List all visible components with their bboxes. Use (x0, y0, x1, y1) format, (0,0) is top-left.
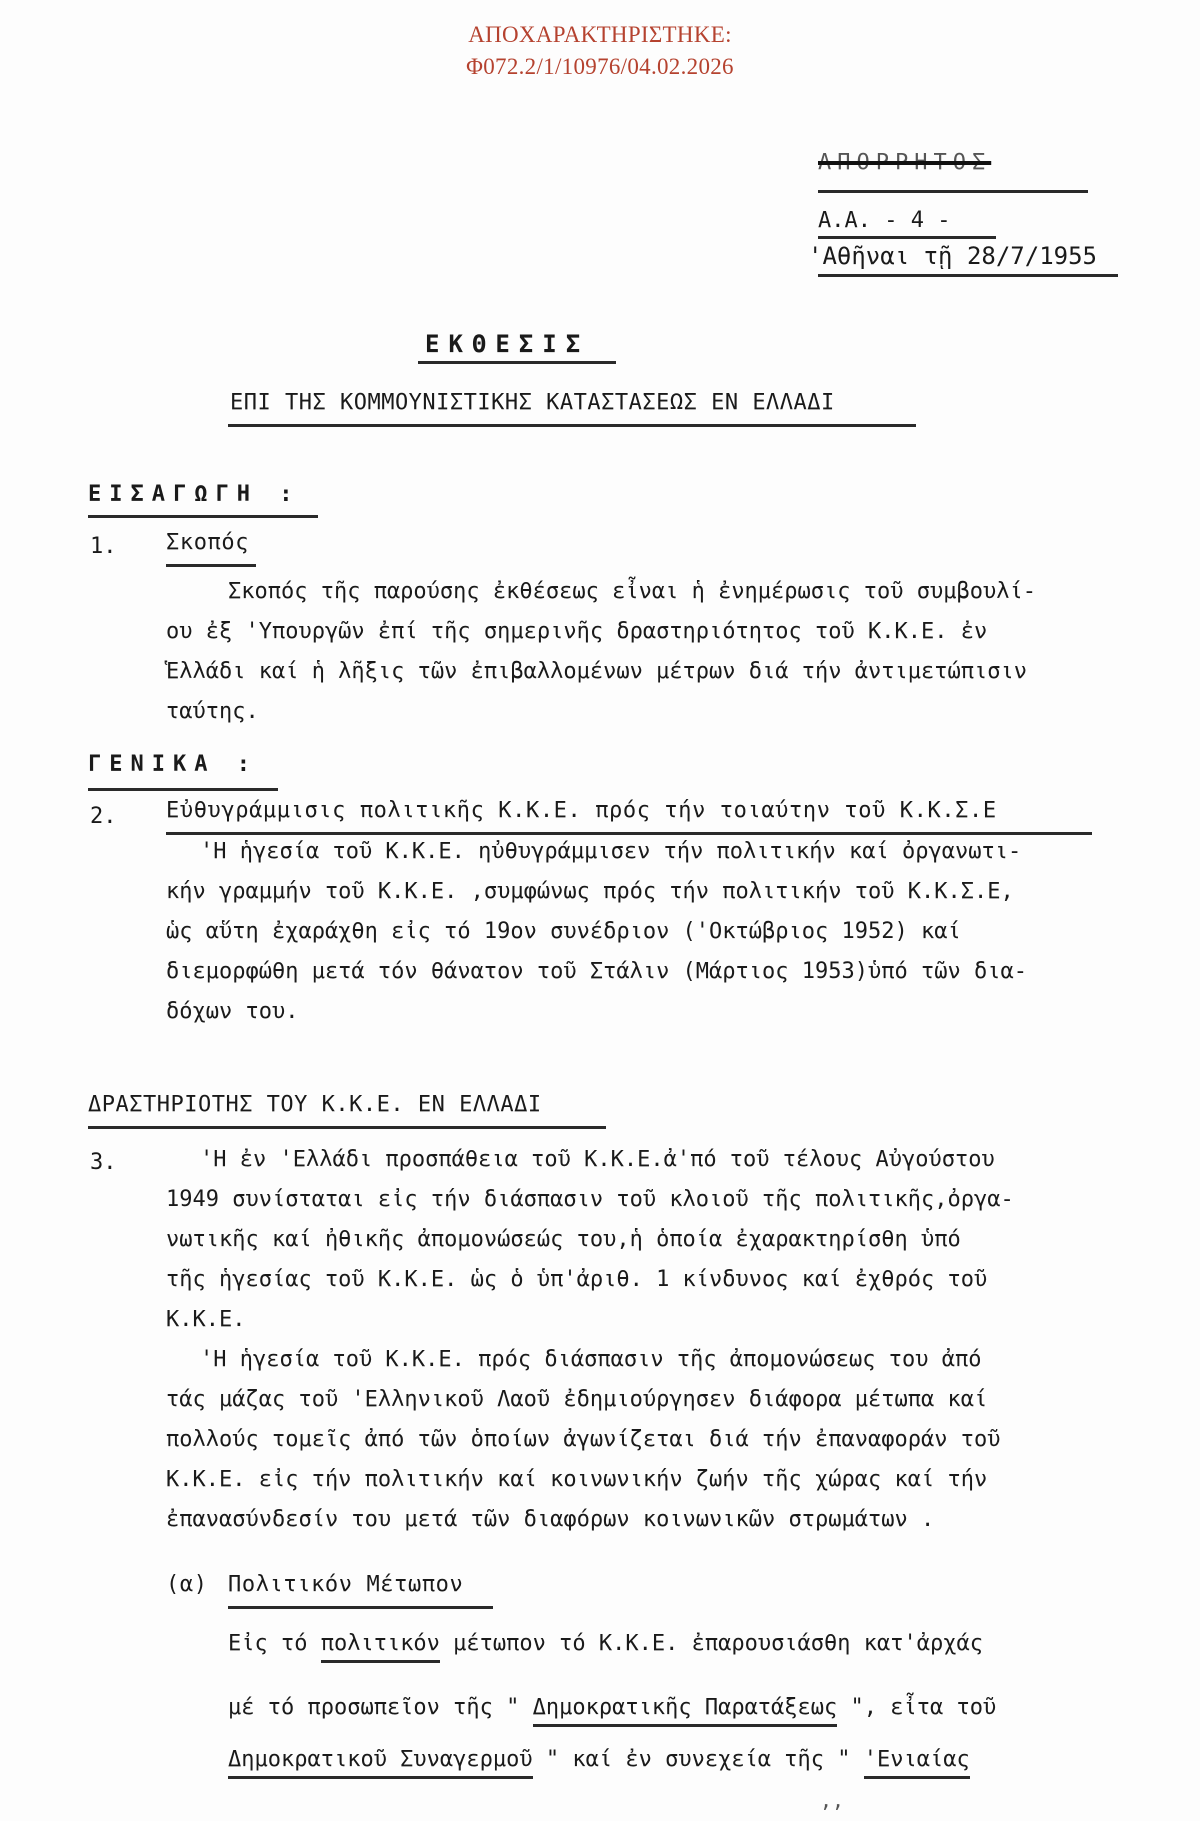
text-segment: " καί ἐν συνεχεία τῆς " (533, 1747, 864, 1772)
item-number: 2. (90, 804, 117, 829)
document-date: 'Αθῆναι τῇ 28/7/1955 (808, 242, 1097, 270)
divider (228, 424, 916, 427)
item-number: 1. (90, 534, 117, 559)
paragraph-line: ου ἐξ 'Υπουργῶν ἐπί τῆς σημερινῆς δραστη… (166, 612, 987, 652)
document-title: ΕΚΘΕΣΙΣ (425, 330, 589, 358)
item-number: 3. (90, 1150, 117, 1175)
underlined-term: 'Ενιαίας (864, 1747, 970, 1779)
paragraph-line: Εἰς τό πολιτικόν μέτωπον τό Κ.Κ.Ε. ἐπαρο… (228, 1624, 983, 1664)
continuation-mark: ,, (820, 1788, 844, 1812)
text-segment: Εἰς τό (228, 1631, 321, 1656)
item-title: Εὐθυγράμμισις πολιτικῆς Κ.Κ.Ε. πρός τήν … (166, 798, 997, 823)
paragraph-line: ταύτης. (166, 692, 259, 732)
section-heading-intro: ΕΙΣΑΓΩΓΗ : (88, 482, 300, 507)
divider (418, 361, 616, 364)
divider (166, 564, 256, 567)
paragraph-line: Κ.Κ.Ε. εἰς τήν πολιτικήν καί κοινωνικήν … (166, 1460, 987, 1500)
struck-classification-label: ΑΠΟΡΡΗΤΟΣ (818, 150, 991, 175)
subsection-title: Πολιτικόν Μέτωπον (228, 1572, 463, 1597)
subsection-label: (α) (166, 1572, 208, 1597)
divider (818, 190, 1088, 193)
divider (88, 515, 318, 518)
paragraph-line: ἐπανασύνδεσίν του μετά τῶν διαφόρων κοιν… (166, 1500, 934, 1540)
divider (88, 788, 278, 791)
paragraph-line: πολλούς τομεῖς ἀπό τῶν ὁποίων ἀγωνίζεται… (166, 1420, 1000, 1460)
divider (88, 1126, 606, 1129)
paragraph-line: 'Η ἡγεσία τοῦ Κ.Κ.Ε. ηὐθυγράμμισεν τήν π… (200, 832, 1021, 872)
paragraph-line: Ἑλλάδι καί ἡ λῆξις τῶν ἐπιβαλλομένων μέτ… (166, 652, 1027, 692)
document-subtitle: ΕΠΙ ΤΗΣ ΚΟΜΜΟΥΝΙΣΤΙΚΗΣ ΚΑΤΑΣΤΑΣΕΩΣ ΕΝ ΕΛ… (230, 390, 835, 415)
declassification-stamp-reference: Φ072.2/1/10976/04.02.2026 (0, 54, 1200, 80)
paragraph-line: Δημοκρατικοῦ Συναγερμοῦ " καί ἐν συνεχεί… (228, 1740, 970, 1780)
divider (818, 274, 1118, 277)
paragraph-line: 'Η ἐν 'Ελλάδι προσπάθεια τοῦ Κ.Κ.Ε.ἀ'πό … (200, 1140, 995, 1180)
underlined-term: πολιτικόν (321, 1631, 440, 1663)
divider (228, 1606, 493, 1609)
underlined-term: Δημοκρατικοῦ Συναγερμοῦ (228, 1747, 533, 1779)
paragraph-line: τῆς ἡγεσίας τοῦ Κ.Κ.Ε. ὡς ὁ ὑπ'ἀριθ. 1 κ… (166, 1260, 987, 1300)
document-page: ΑΠΟΧΑΡΑΚΤΗΡΙΣΤΗΚΕ: Φ072.2/1/10976/04.02.… (0, 0, 1200, 1821)
text-segment: μέτωπον τό Κ.Κ.Ε. ἐπαρουσιάσθη κατ'ἀρχάς (440, 1631, 983, 1656)
text-segment: ", εἶτα τοῦ (837, 1695, 996, 1720)
paragraph-line: τάς μάζας τοῦ 'Ελληνικοῦ Λαοῦ ἐδημιούργη… (166, 1380, 987, 1420)
declassification-stamp-title: ΑΠΟΧΑΡΑΚΤΗΡΙΣΤΗΚΕ: (0, 22, 1200, 48)
document-reference: Α.Α. - 4 - (818, 208, 950, 233)
underlined-term: Δημοκρατικῆς Παρατάξεως (533, 1695, 838, 1727)
paragraph-line: κήν γραμμήν τοῦ Κ.Κ.Ε. ,συμφώνως πρός τή… (166, 872, 1014, 912)
paragraph-line: νωτικῆς καί ἠθικῆς ἀπομονώσεώς του,ἡ ὁπο… (166, 1220, 961, 1260)
paragraph-line: διεμορφώθη μετά τόν θάνατον τοῦ Στάλιν (… (166, 952, 1027, 992)
paragraph-line: ὡς αὕτη ἐχαράχθη εἰς τό 19ον συνέδριον (… (166, 912, 961, 952)
divider (818, 236, 996, 239)
text-segment: μέ τό προσωπεῖον τῆς " (228, 1695, 533, 1720)
section-heading-activity: ΔΡΑΣΤΗΡΙΟΤΗΣ ΤΟΥ Κ.Κ.Ε. ΕΝ ΕΛΛΑΔΙ (88, 1092, 542, 1117)
item-title: Σκοπός (166, 530, 249, 555)
paragraph-line: 'Η ἡγεσία τοῦ Κ.Κ.Ε. πρός διάσπασιν τῆς … (200, 1340, 981, 1380)
paragraph-line: μέ τό προσωπεῖον τῆς " Δημοκρατικῆς Παρα… (228, 1688, 996, 1728)
section-heading-general: ΓΕΝΙΚΑ : (88, 752, 258, 777)
paragraph-line: 1949 συνίσταται εἰς τήν διάσπασιν τοῦ κλ… (166, 1180, 1014, 1220)
paragraph-line: Σκοπός τῆς παρούσης ἐκθέσεως εἶναι ἡ ἐνη… (228, 572, 1036, 612)
paragraph-line: Κ.Κ.Ε. (166, 1300, 245, 1340)
paragraph-line: δόχων του. (166, 992, 298, 1032)
